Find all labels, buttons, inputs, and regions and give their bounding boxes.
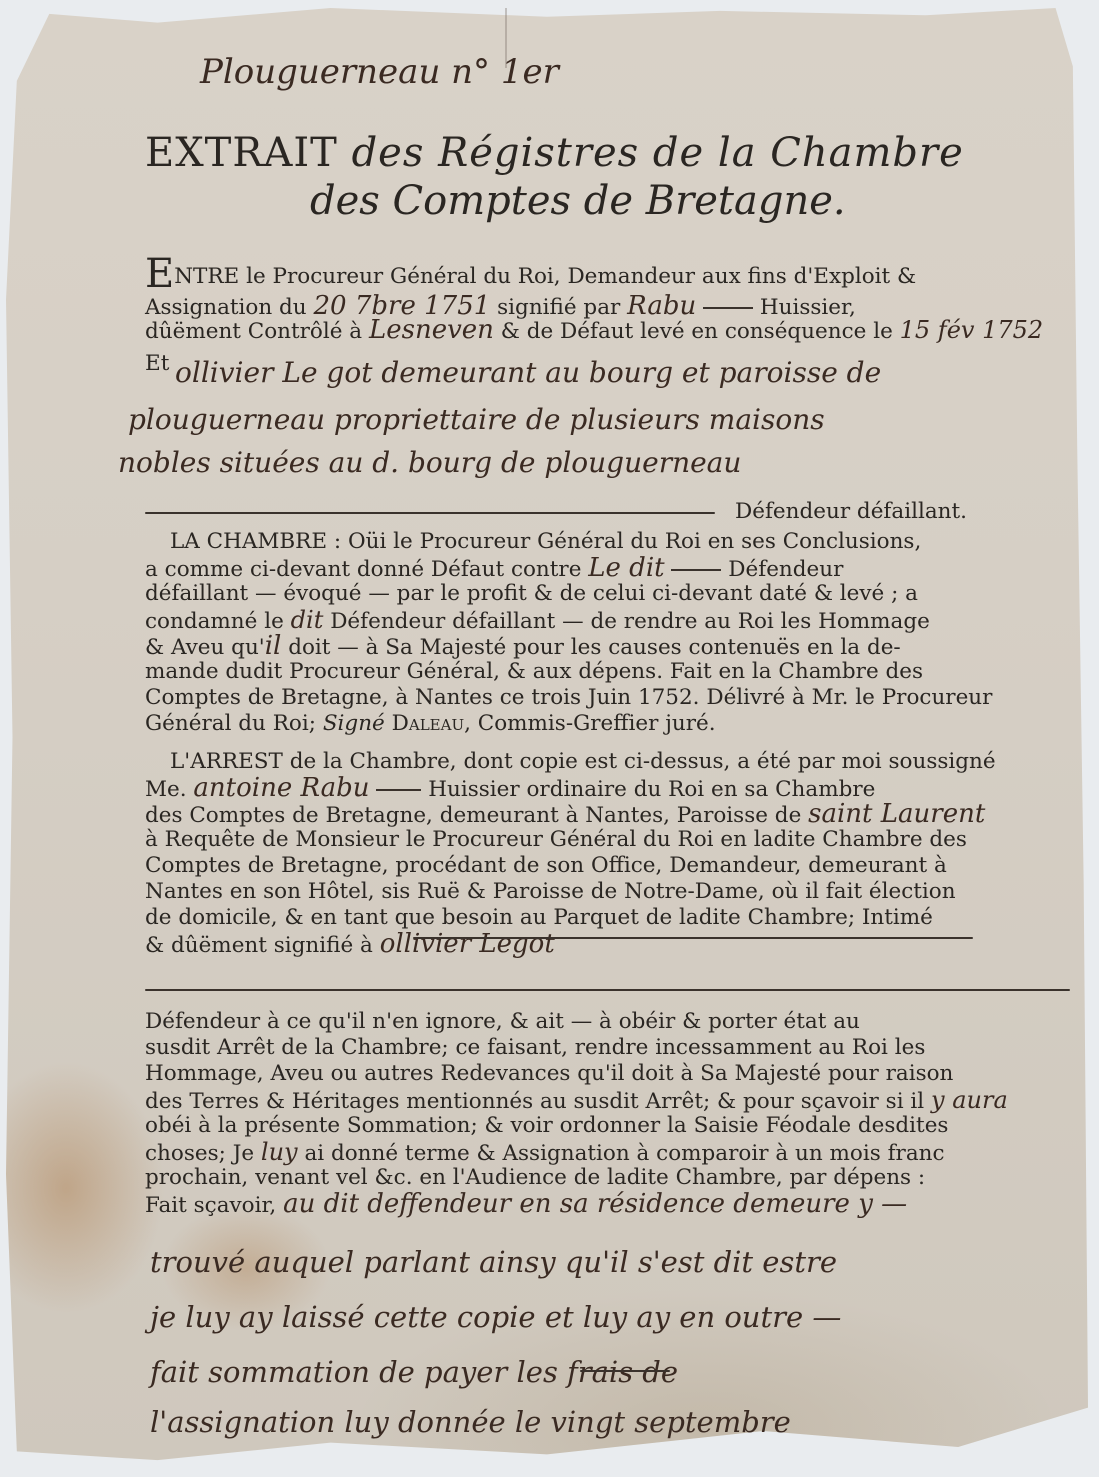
text: Défendeur défaillant — de rendre au Roi … bbox=[330, 609, 930, 634]
section2-line8: Général du Roi; Signé Daleau, Commis-Gre… bbox=[145, 712, 716, 736]
section4-line1: Défendeur à ce qu'il n'en ignore, & ait … bbox=[145, 1010, 860, 1034]
section2-line6: mande dudit Procureur Général, & aux dép… bbox=[145, 660, 923, 684]
handwritten-closing-line1: trouvé auquel parlant ainsy qu'il s'est … bbox=[150, 1245, 837, 1279]
section4-line3: Hommage, Aveu ou autres Redevances qu'il… bbox=[145, 1062, 953, 1086]
section1-line4: Et bbox=[145, 352, 169, 376]
fill-rule bbox=[671, 569, 721, 571]
text: Défendeur bbox=[145, 1009, 260, 1034]
section3-line1: L'ARREST de la Chambre, dont copie est c… bbox=[170, 750, 996, 774]
fill-rule bbox=[413, 937, 973, 939]
text: à ce qu'il n'en ignore, & ait — à obéir … bbox=[267, 1009, 860, 1034]
fill-rule bbox=[145, 512, 715, 514]
document-title-line1: EXTRAIT des Régistres de la Chambre bbox=[145, 130, 964, 176]
section4-line2: susdit Arrêt de la Chambre; ce faisant, … bbox=[145, 1036, 925, 1060]
clerk-name: Daleau bbox=[392, 711, 464, 736]
section1-line1: ENTRE le Procureur Général du Roi, Deman… bbox=[145, 262, 916, 289]
text: & de Défaut levé en conséquence le bbox=[501, 319, 893, 344]
section4-line5: obéi à la présente Sommation; & voir ord… bbox=[145, 1114, 948, 1138]
handwritten-parish: saint Laurent bbox=[808, 799, 985, 829]
handwritten-text: au dit deffendeur en sa résidence demeur… bbox=[283, 1189, 907, 1219]
section2-line4: condamné le dit Défendeur défaillant — d… bbox=[145, 608, 930, 634]
fill-rule bbox=[376, 789, 421, 791]
section2-line5: & Aveu qu'il doit — à Sa Majesté pour le… bbox=[145, 634, 901, 660]
text: Signé bbox=[323, 711, 385, 736]
handwritten-text: y aura bbox=[931, 1086, 1008, 1114]
text: des Comptes de Bretagne, demeurant à Nan… bbox=[145, 803, 801, 828]
section3-line3: des Comptes de Bretagne, demeurant à Nan… bbox=[145, 802, 985, 828]
text: des Terres & Héritages mentionnés au sus… bbox=[145, 1089, 924, 1114]
section4-line4: des Terres & Héritages mentionnés au sus… bbox=[145, 1088, 1008, 1114]
handwritten-recipient: ollivier Legot bbox=[380, 929, 555, 959]
text: & Aveu qu' bbox=[145, 635, 265, 660]
section4-line6: choses; Je luy ai donné terme & Assignat… bbox=[145, 1140, 945, 1166]
handwritten-closing-line2: je luy ay laissé cette copie et luy ay e… bbox=[150, 1300, 841, 1334]
section3-line5: Comptes de Bretagne, procédant de son Of… bbox=[145, 854, 947, 878]
text: Défendeur bbox=[728, 557, 843, 582]
section4-line7: prochain, venant vel &c. en l'Audience d… bbox=[145, 1166, 925, 1190]
text: signifié par bbox=[497, 295, 620, 320]
section1-line3: dûëment Contrôlé à Lesneven & de Défaut … bbox=[145, 318, 1043, 344]
section3-line7: de domicile, & en tant que besoin au Par… bbox=[145, 906, 933, 930]
handwritten-bailiff-name: antoine Rabu bbox=[193, 773, 369, 803]
section3-line8: & dûëment signifié à ollivier Legot bbox=[145, 932, 555, 958]
title-extrait: EXTRAIT bbox=[145, 130, 338, 176]
fill-rule bbox=[580, 1370, 670, 1372]
text: ai donné terme & Assignation à comparoir… bbox=[304, 1141, 944, 1166]
dropcap: E bbox=[145, 251, 174, 297]
section2-line1: LA CHAMBRE : Oüi le Procureur Général du… bbox=[170, 530, 921, 554]
text: NTRE le Procureur Général du Roi, Demand… bbox=[174, 264, 916, 289]
text: Me. bbox=[145, 777, 187, 802]
text: , Commis-Greffier juré. bbox=[464, 711, 716, 736]
text: a comme ci-devant donné Défaut contre bbox=[145, 557, 581, 582]
handwritten-defendant-line3: nobles situées au d. bourg de plouguerne… bbox=[118, 446, 741, 479]
fill-rule bbox=[145, 989, 1070, 991]
section1-line2: Assignation du 20 7bre 1751 signifié par… bbox=[145, 294, 856, 320]
section2-line2: a comme ci-devant donné Défaut contre Le… bbox=[145, 556, 843, 582]
handwritten-place: Lesneven bbox=[369, 315, 494, 345]
handwritten-date: 15 fév 1752 bbox=[900, 316, 1044, 344]
text: condamné le bbox=[145, 609, 284, 634]
text: doit — à Sa Majesté pour les causes cont… bbox=[288, 635, 901, 660]
section2-line7: Comptes de Bretagne, à Nantes ce trois J… bbox=[145, 686, 992, 710]
text: Fait sçavoir, bbox=[145, 1193, 276, 1218]
section3-line4: à Requête de Monsieur le Procureur Génér… bbox=[145, 828, 967, 852]
text: choses; Je bbox=[145, 1141, 254, 1166]
handwritten-defendant-line2: plouguerneau propriettaire de plusieurs … bbox=[128, 403, 825, 436]
text: Et bbox=[145, 351, 169, 376]
handwritten-closing-line4: l'assignation luy donnée le vingt septem… bbox=[150, 1405, 791, 1439]
section3-line6: Nantes en son Hôtel, sis Ruë & Paroisse … bbox=[145, 880, 956, 904]
handwritten-header-note: Plouguerneau n° 1er bbox=[200, 52, 559, 92]
fill-rule bbox=[703, 307, 753, 309]
text: Huissier, bbox=[760, 295, 856, 320]
defendant-label: Défendeur défaillant. bbox=[735, 500, 967, 524]
handwritten-closing-line3: fait sommation de payer les frais de bbox=[150, 1355, 678, 1389]
handwritten-name: Rabu bbox=[627, 291, 696, 321]
handwritten-defendant-line1: ollivier Le got demeurant au bourg et pa… bbox=[175, 356, 881, 389]
section2-line3: défaillant — évoqué — par le profit & de… bbox=[145, 582, 918, 606]
handwritten-text: il bbox=[265, 631, 282, 661]
handwritten-text: dit bbox=[291, 606, 324, 634]
section4-line8: Fait sçavoir, au dit deffendeur en sa ré… bbox=[145, 1192, 907, 1218]
document-title-line2: des Comptes de Bretagne. bbox=[310, 178, 846, 224]
section3-line2: Me. antoine Rabu Huissier ordinaire du R… bbox=[145, 776, 875, 802]
text: & dûëment signifié à bbox=[145, 933, 373, 958]
handwritten-text: Le dit bbox=[588, 553, 664, 583]
title-registres: des Régistres de la Chambre bbox=[352, 130, 964, 176]
text: dûëment Contrôlé à bbox=[145, 319, 362, 344]
handwritten-text: luy bbox=[261, 1138, 298, 1166]
text: Général du Roi; bbox=[145, 711, 316, 736]
text: Assignation du bbox=[145, 295, 307, 320]
